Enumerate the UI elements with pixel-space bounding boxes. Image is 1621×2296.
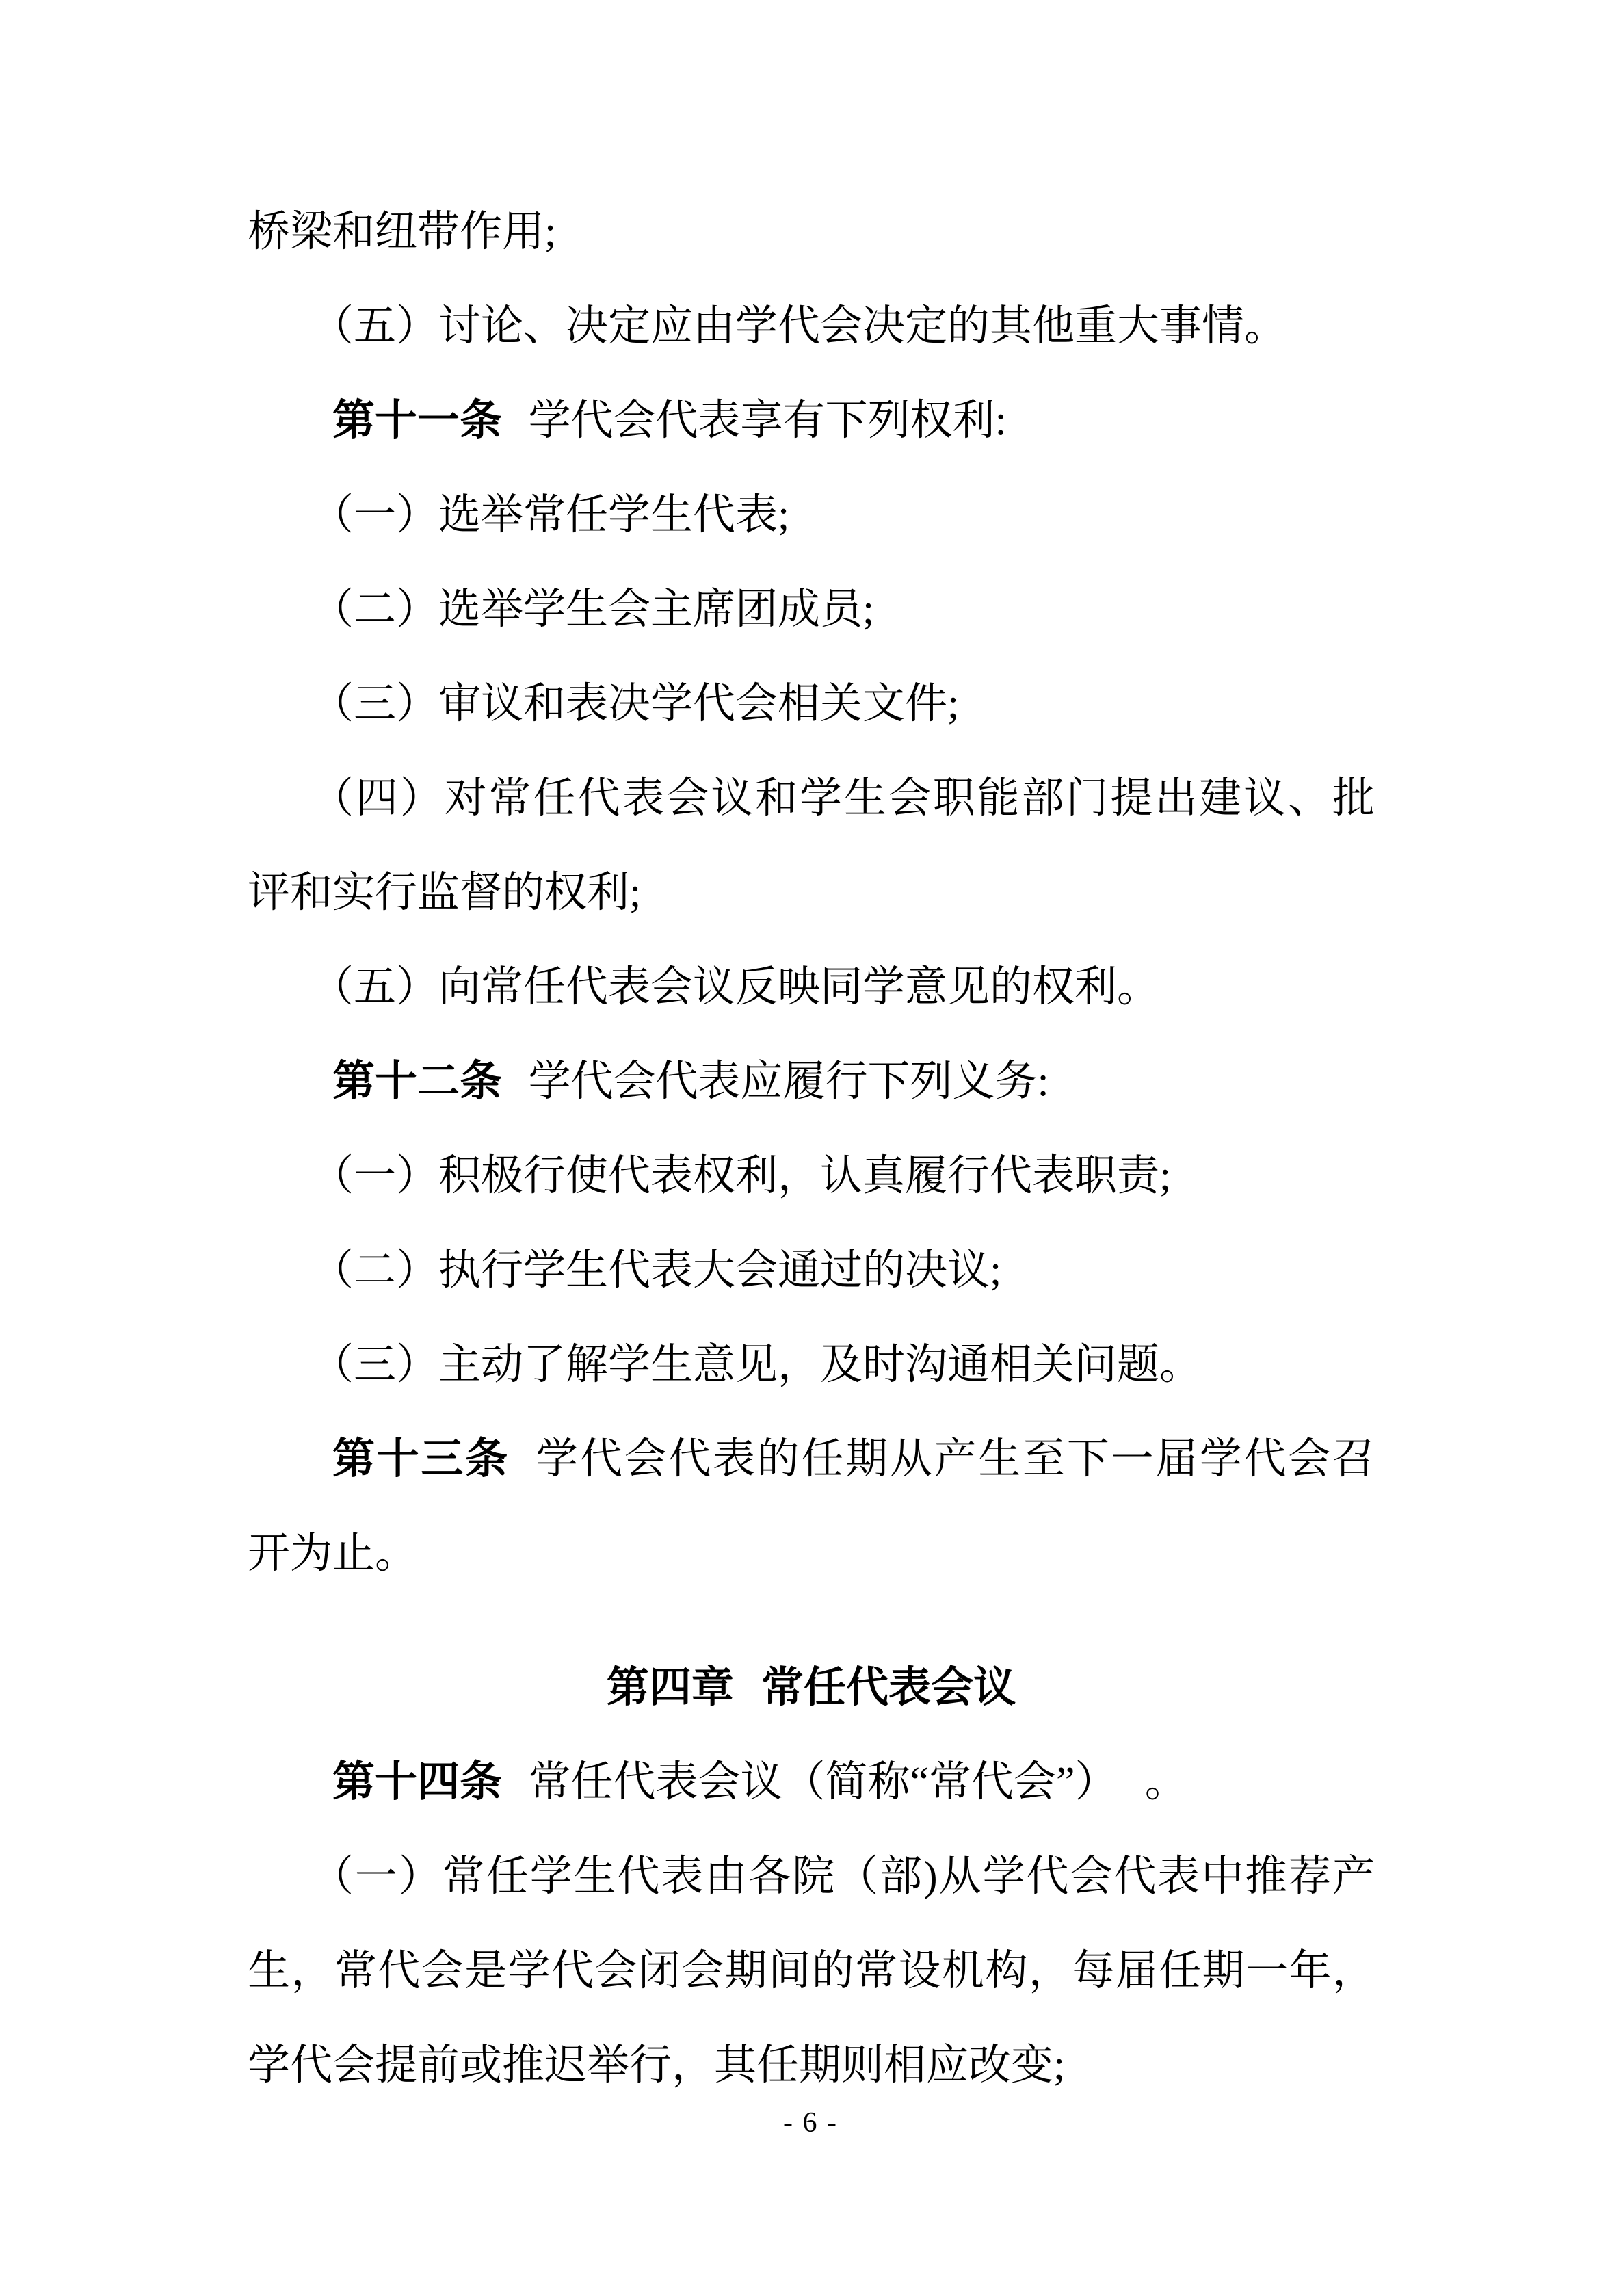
article-number-label: 第十三条 [332, 1436, 510, 1483]
article-number-label: 第十二条 [332, 1058, 502, 1105]
article-text: 常任代表会议（简称“常代会”） 。 [528, 1759, 1187, 1805]
text-line: 生，常代会是学代会闭会期间的常设机构，每届任期一年， [248, 1924, 1375, 2018]
text-line: （五）向常任代表会议反映同学意见的权利。 [248, 940, 1375, 1034]
document-page: 桥梁和纽带作用; （五）讨论、决定应由学代会决定的其他重大事情。 第十一条学代会… [0, 0, 1621, 2296]
document-body: 桥梁和纽带作用; （五）讨论、决定应由学代会决定的其他重大事情。 第十一条学代会… [248, 185, 1375, 2113]
text-line: 第十三条学代会代表的任期从产生至下一届学代会召 [248, 1412, 1375, 1506]
text-line: 第十四条常任代表会议（简称“常代会”） 。 [248, 1735, 1375, 1829]
text-line: （四）对常任代表会议和学生会职能部门提出建议、批 [248, 751, 1375, 846]
text-line: （一）常任学生代表由各院（部)从学代会代表中推荐产 [248, 1829, 1375, 1924]
text-line: （五）讨论、决定应由学代会决定的其他重大事情。 [248, 279, 1375, 374]
article-text: 学代会代表应履行下列义务: [528, 1058, 1049, 1105]
text-line: （一）选举常任学生代表; [248, 468, 1375, 562]
article-text: 学代会代表的任期从产生至下一届学代会召 [536, 1436, 1375, 1483]
chapter-heading: 第四章 常任代表会议 [248, 1641, 1375, 1735]
text-line: （三）审议和表决学代会相关文件; [248, 657, 1375, 751]
article-text: 学代会代表享有下列权利: [528, 397, 1006, 444]
text-line: （二）选举学生会主席团成员; [248, 562, 1375, 657]
text-line: 评和实行监督的权利; [248, 846, 1375, 940]
article-number-label: 第十四条 [332, 1759, 502, 1805]
text-line: （三）主动了解学生意见，及时沟通相关问题。 [248, 1318, 1375, 1412]
text-line: 开为止。 [248, 1506, 1375, 1601]
article-number-label: 第十一条 [332, 397, 502, 444]
text-line: （一）积极行使代表权利，认真履行代表职责; [248, 1129, 1375, 1223]
text-line: （二）执行学生代表大会通过的决议; [248, 1223, 1375, 1318]
text-line: 第十一条学代会代表享有下列权利: [248, 374, 1375, 468]
text-line: 第十二条学代会代表应履行下列义务: [248, 1034, 1375, 1129]
page-number: - 6 - [0, 2106, 1621, 2140]
text-line: 桥梁和纽带作用; [248, 185, 1375, 279]
text-line: 学代会提前或推迟举行，其任期则相应改变; [248, 2018, 1375, 2113]
